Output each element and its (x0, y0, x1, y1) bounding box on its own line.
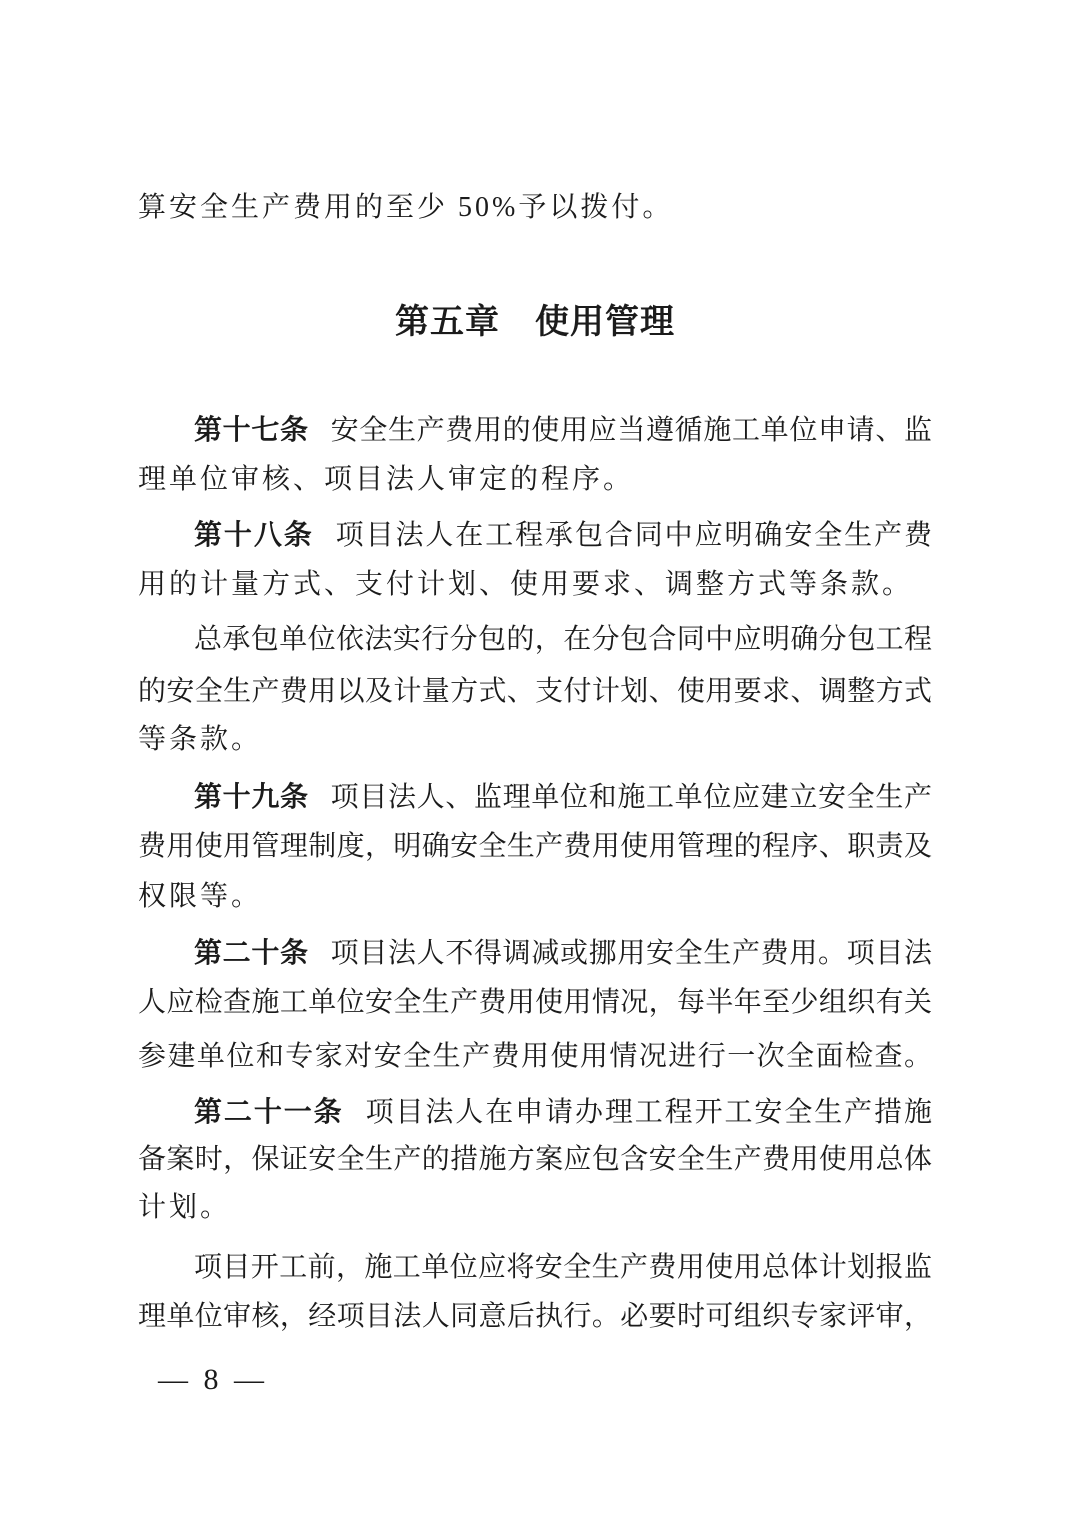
document-page: 算安全生产费用的至少 50%予以拨付。 第五章 使用管理 第十七条安全生产费用的… (0, 0, 1074, 1520)
body-line: 计划。 (138, 1182, 932, 1234)
body-line: 理单位审核、项目法人审定的程序。 (138, 454, 932, 506)
line-text: 理单位审核、项目法人审定的程序。 (138, 464, 634, 495)
line-text: 参建单位和专家对安全生产费用使用情况进行一次全面检查。 (138, 1041, 932, 1072)
body-line: 用的计量方式、支付计划、使用要求、调整方式等条款。 (138, 559, 932, 611)
body-line: 第十九条项目法人、监理单位和施工单位应建立安全生产 (138, 771, 932, 824)
chapter-heading: 第五章 使用管理 (138, 296, 932, 348)
body-line: 人应检查施工单位安全生产费用使用情况，每半年至少组织有关 (138, 977, 932, 1029)
body-line: 第二十一条项目法人在申请办理工程开工安全生产措施 (138, 1086, 932, 1139)
body-line: 项目开工前，施工单位应将安全生产费用使用总体计划报监 (138, 1242, 932, 1294)
article-number-lead: 第十七条 (194, 414, 309, 445)
line-text: 的安全生产费用以及计量方式、支付计划、使用要求、调整方式 (138, 676, 932, 707)
line-text: 备案时，保证安全生产的措施方案应包含安全生产费用使用总体 (138, 1144, 932, 1175)
body-line: 等条款。 (138, 714, 932, 766)
body-line: 参建单位和专家对安全生产费用使用情况进行一次全面检查。 (138, 1031, 932, 1083)
line-text: 权限等。 (138, 881, 262, 912)
line-text: 用的计量方式、支付计划、使用要求、调整方式等条款。 (138, 569, 913, 600)
body-line: 算安全生产费用的至少 50%予以拨付。 (138, 182, 932, 234)
article-number-lead: 第二十一条 (194, 1096, 344, 1127)
body-line: 理单位审核，经项目法人同意后执行。必要时可组织专家评审， (138, 1291, 932, 1343)
body-line: 总承包单位依法实行分包的，在分包合同中应明确分包工程 (138, 614, 932, 666)
line-text: 费用使用管理制度，明确安全生产费用使用管理的程序、职责及 (138, 831, 932, 862)
body-line: 费用使用管理制度，明确安全生产费用使用管理的程序、职责及 (138, 821, 932, 873)
line-text: 安全生产费用的使用应当遵循施工单位申请、监 (331, 415, 932, 446)
body-line: 权限等。 (138, 871, 932, 923)
line-text: 项目法人在工程承包合同中应明确安全生产费 (336, 520, 932, 551)
page-number: — 8 — (158, 1356, 268, 1404)
line-text: 等条款。 (138, 724, 262, 755)
line-text: 计划。 (138, 1192, 231, 1223)
body-line: 第二十条项目法人不得调减或挪用安全生产费用。项目法 (138, 927, 932, 980)
line-text: 人应检查施工单位安全生产费用使用情况，每半年至少组织有关 (138, 987, 932, 1018)
line-text: 项目法人不得调减或挪用安全生产费用。项目法 (331, 938, 932, 969)
line-text: 项目法人、监理单位和施工单位应建立安全生产 (331, 782, 932, 813)
line-text: 总承包单位依法实行分包的，在分包合同中应明确分包工程 (194, 624, 932, 655)
body-line: 第十八条项目法人在工程承包合同中应明确安全生产费 (138, 509, 932, 562)
body-line: 第十七条安全生产费用的使用应当遵循施工单位申请、监 (138, 404, 932, 457)
line-text: 理单位审核，经项目法人同意后执行。必要时可组织专家评审， (138, 1301, 932, 1332)
article-number-lead: 第二十条 (194, 937, 309, 968)
article-number-lead: 第十九条 (194, 781, 309, 812)
body-line: 备案时，保证安全生产的措施方案应包含安全生产费用使用总体 (138, 1134, 932, 1186)
line-text: 项目开工前，施工单位应将安全生产费用使用总体计划报监 (194, 1252, 932, 1283)
body-line: 的安全生产费用以及计量方式、支付计划、使用要求、调整方式 (138, 666, 932, 718)
line-text: 算安全生产费用的至少 50%予以拨付。 (138, 192, 673, 223)
line-text: 项目法人在申请办理工程开工安全生产措施 (366, 1097, 932, 1128)
article-number-lead: 第十八条 (194, 519, 314, 550)
